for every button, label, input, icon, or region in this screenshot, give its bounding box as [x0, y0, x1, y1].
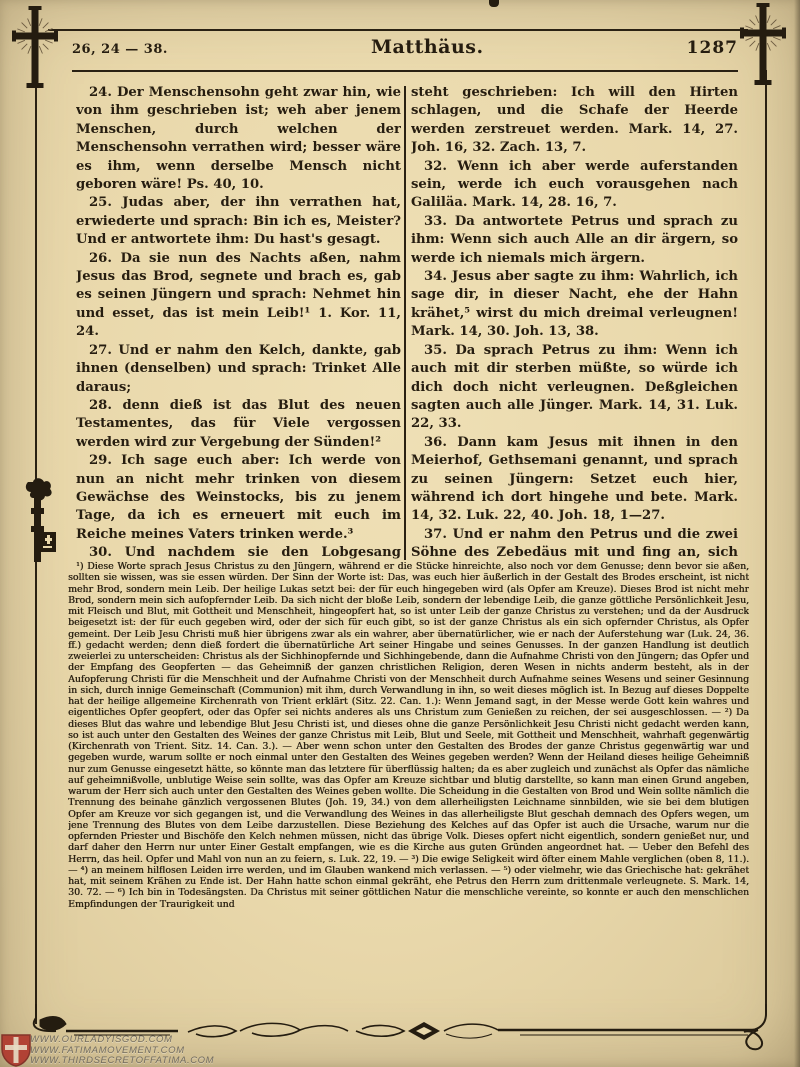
verse-34: 34. Jesus aber sagte zu ihm: Wahrlich, i…	[411, 268, 738, 342]
verse-text: Dann kam Jesus mit ihnen in den Meierhof…	[411, 435, 738, 524]
page-header: 26, 24 — 38. Matthäus. 1287	[72, 36, 738, 58]
page-number: 1287	[687, 38, 738, 58]
verse-30: 30. Und nachdem sie den Lobgesang gespro…	[76, 544, 401, 562]
verse-25: 25. Judas aber, der ihn verrathen hat, e…	[76, 194, 401, 249]
chapter-verse-range: 26, 24 — 38.	[72, 42, 168, 57]
verse-text: Judas aber, der ihn verrathen hat, erwie…	[76, 195, 401, 247]
verse-number: 36.	[424, 435, 447, 450]
verse-text: Und nachdem sie den Lobgesang gesprochen…	[76, 545, 401, 562]
book-title: Matthäus.	[371, 36, 484, 58]
ornate-key-icon	[18, 476, 58, 572]
verse-text: Jesus aber sagte zu ihm: Wahrlich, ich s…	[411, 269, 738, 339]
verse-number: 28.	[89, 398, 112, 413]
verse-29: 29. Ich sage euch aber: Ich werde von nu…	[76, 452, 401, 544]
watermark-line: WWW.OURLADYISGOD.COM	[30, 1035, 214, 1046]
verse-text: Und er nahm den Kelch, dankte, gab ihnen…	[76, 343, 401, 395]
verse-number: 35.	[424, 343, 447, 358]
scanned-bible-page: 26, 24 — 38. Matthäus. 1287 24. Der Mens…	[0, 0, 800, 1067]
footnotes-text: ¹) Diese Worte sprach Jesus Christus zu …	[68, 561, 749, 910]
verse-27: 27. Und er nahm den Kelch, dankte, gab i…	[76, 342, 401, 397]
footnotes-block: ¹) Diese Worte sprach Jesus Christus zu …	[68, 561, 749, 1013]
verse-number: 33.	[424, 214, 447, 229]
header-bottom-rule	[72, 70, 738, 72]
verse-text: Wenn ich aber werde auferstanden sein, w…	[411, 159, 738, 211]
verse-text: Da sie nun des Nachts aßen, nahm Jesus d…	[76, 251, 401, 340]
verse-35: 35. Da sprach Petrus zu ihm: Wenn ich au…	[411, 342, 738, 434]
frame-top-rule	[48, 29, 748, 31]
verse-number: 26.	[89, 251, 112, 266]
verse-text: Da sprach Petrus zu ihm: Wenn ich auch m…	[411, 343, 738, 432]
verse-number: 30.	[89, 545, 112, 560]
verse-text: Da antwortete Petrus und sprach zu ihm: …	[411, 214, 738, 266]
watermark-urls: WWW.OURLADYISGOD.COM WWW.FATIMAMOVEMENT.…	[30, 1035, 214, 1067]
verse-32: 32. Wenn ich aber werde auferstanden sei…	[411, 158, 738, 213]
right-column: steht geschrieben: Ich will den Hirten s…	[411, 84, 738, 562]
frame-right-rule	[765, 70, 767, 1008]
verse-28: 28. denn dieß ist das Blut des neuen Tes…	[76, 397, 401, 452]
verse-37: 37. Und er nahm den Petrus und die zwei …	[411, 526, 738, 562]
verse-number: 27.	[89, 343, 112, 358]
radiant-cross-icon	[6, 5, 64, 89]
verse-text: Ich sage euch aber: Ich werde von nun an…	[76, 453, 401, 542]
verse-26: 26. Da sie nun des Nachts aßen, nahm Jes…	[76, 250, 401, 342]
watermark-line: WWW.THIRDSECRETOFFATIMA.COM	[30, 1056, 214, 1067]
scan-artifact	[489, 0, 499, 7]
verse-text: Der Menschensohn geht zwar hin, wie von …	[76, 85, 401, 192]
verse-number: 29.	[89, 453, 112, 468]
verse-33: 33. Da antwortete Petrus und sprach zu i…	[411, 213, 738, 268]
verse-number: 32.	[424, 159, 447, 174]
radiant-cross-icon	[734, 2, 792, 86]
verse-24: 24. Der Menschensohn geht zwar hin, wie …	[76, 84, 401, 194]
verse-number: 34.	[424, 269, 447, 284]
verse-31-continuation: steht geschrieben: Ich will den Hirten s…	[411, 84, 738, 158]
verse-number: 37.	[424, 527, 447, 542]
verse-text: Und er nahm den Petrus und die zwei Söhn…	[411, 527, 738, 562]
verse-number: 25.	[89, 195, 112, 210]
left-column: 24. Der Menschensohn geht zwar hin, wie …	[76, 84, 401, 562]
verse-number: 24.	[89, 85, 112, 100]
verse-36: 36. Dann kam Jesus mit ihnen in den Meie…	[411, 434, 738, 526]
scripture-columns: 24. Der Menschensohn geht zwar hin, wie …	[76, 84, 738, 562]
red-crusader-shield-icon	[0, 1033, 34, 1067]
verse-text: denn dieß ist das Blut des neuen Testame…	[76, 398, 401, 450]
